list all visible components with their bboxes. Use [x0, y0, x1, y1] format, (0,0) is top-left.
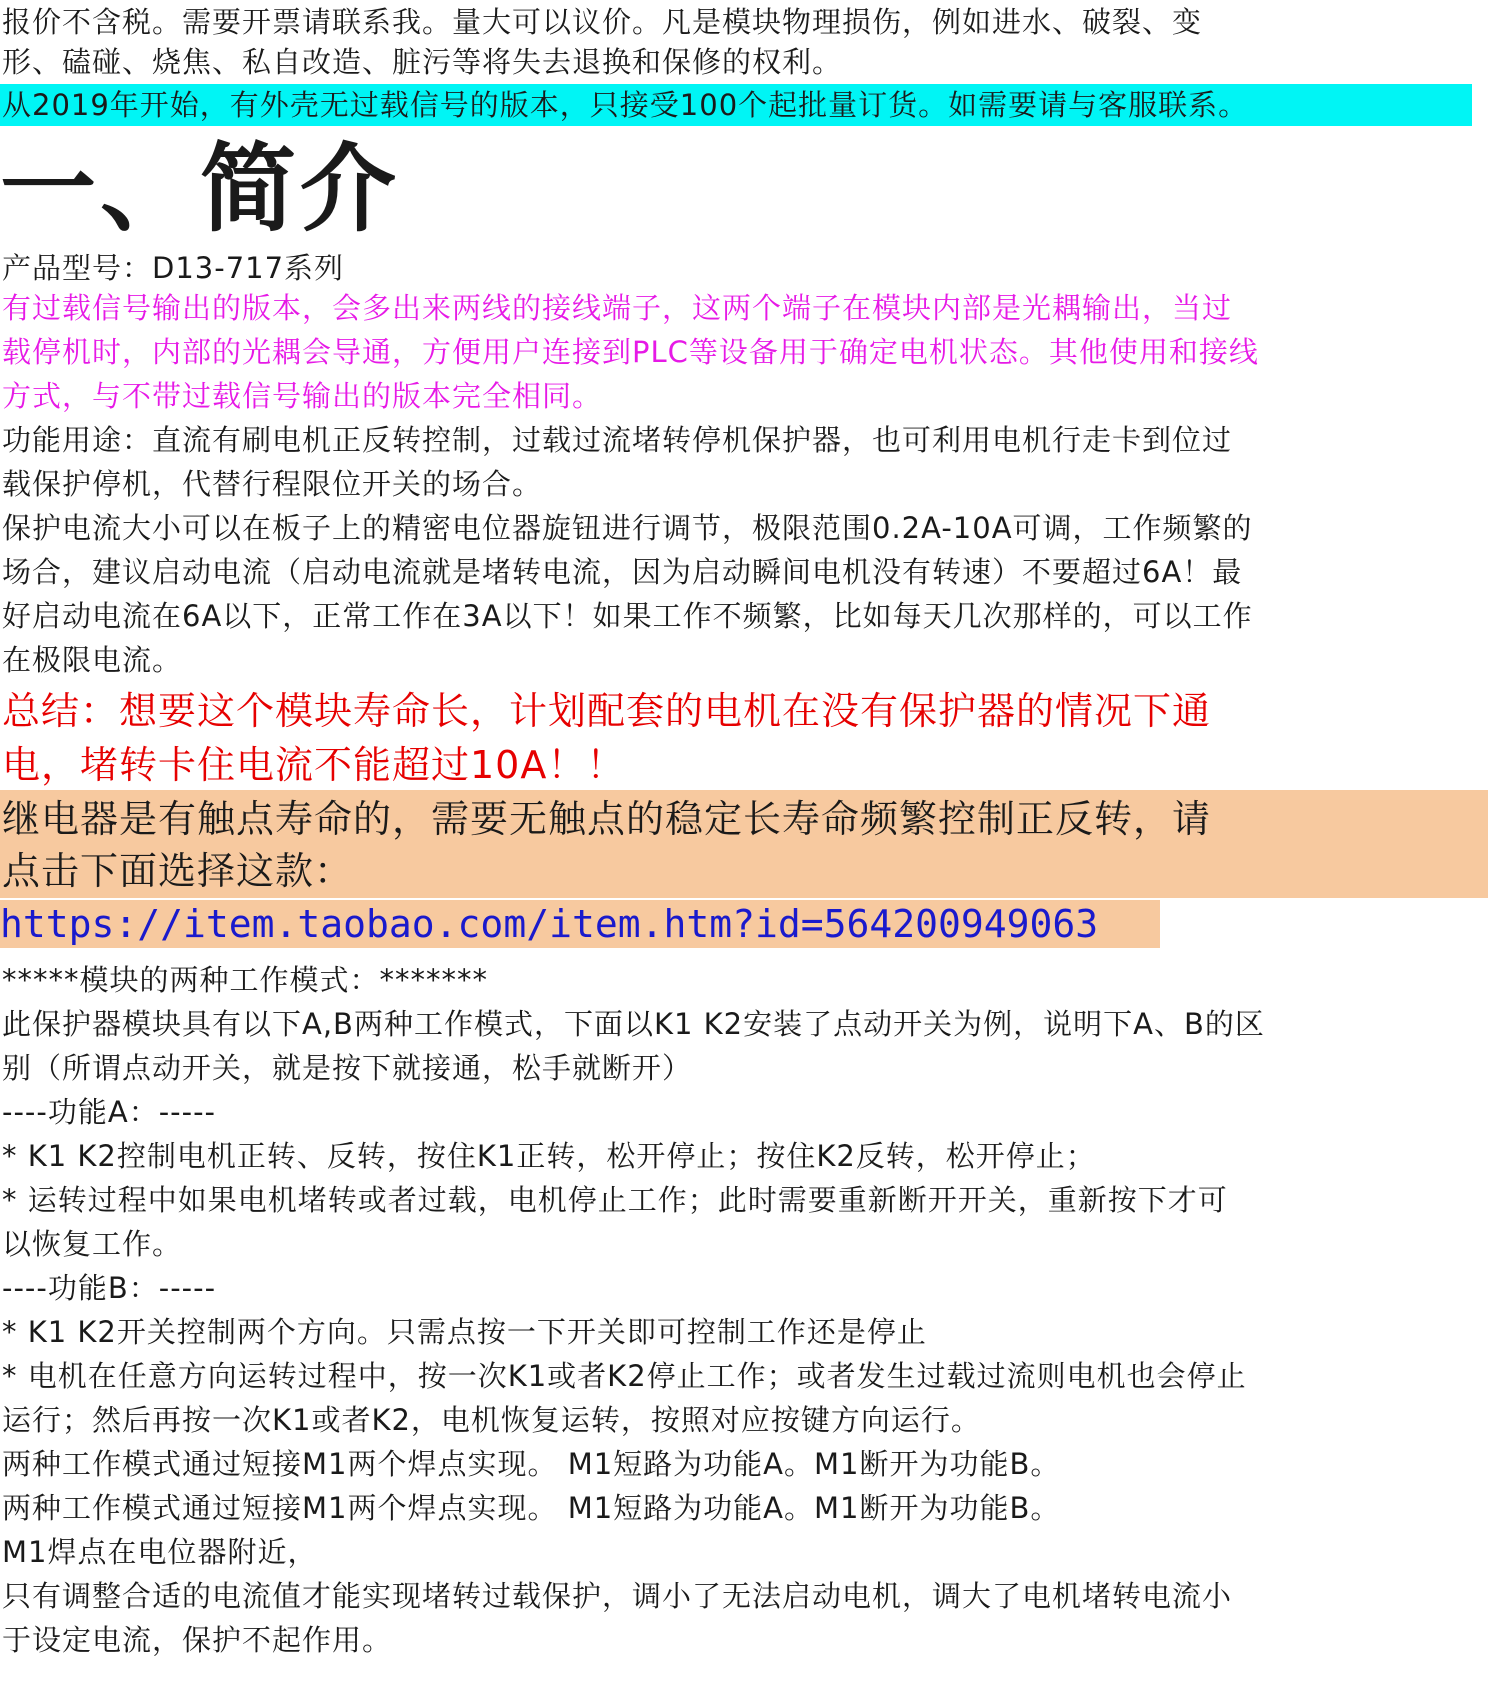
relay-note-line-1: 继电器是有触点寿命的，需要无触点的稳定长寿命频繁控制正反转，请 [2, 792, 1211, 846]
notice-line-1: 报价不含税。需要开票请联系我。量大可以议价。凡是模块物理损伤，例如进水、破裂、变 [2, 0, 1202, 44]
adjust-note-line-1: 只有调整合适的电流值才能实现堵转过载保护，调小了无法启动电机，调大了电机堵转电流… [2, 1574, 1232, 1618]
overload-signal-line-3: 方式，与不带过载信号输出的版本完全相同。 [2, 374, 602, 418]
relay-note-line-2: 点击下面选择这款： [2, 844, 353, 898]
modes-intro-line-2: 别（所谓点动开关，就是按下就接通，松手就断开） [2, 1046, 692, 1090]
mode-b-line-2: * 电机在任意方向运转过程中，按一次K1或者K2停止工作；或者发生过载过流则电机… [2, 1354, 1247, 1398]
protection-current-line-4: 在极限电流。 [2, 638, 182, 682]
relay-note-box: 继电器是有触点寿命的，需要无触点的稳定长寿命频繁控制正反转，请 点击下面选择这款… [0, 790, 1488, 898]
m1-location: M1焊点在电位器附近， [2, 1530, 317, 1574]
mode-switch-line-1: 两种工作模式通过短接M1两个焊点实现。 M1短路为功能A。M1断开为功能B。 [2, 1442, 1060, 1486]
function-use-line-1: 功能用途：直流有刷电机正反转控制，过载过流堵转停机保护器，也可利用电机行走卡到位… [2, 418, 1232, 462]
notice-line-2: 形、磕碰、烧焦、私自改造、脏污等将失去退换和保修的权利。 [2, 40, 842, 84]
link-highlight: https://item.taobao.com/item.htm?id=5642… [0, 900, 1160, 948]
protection-current-line-2: 场合，建议启动电流（启动电流就是堵转电流，因为启动瞬间电机没有转速）不要超过6A… [2, 550, 1242, 594]
function-use-line-2: 载保护停机，代替行程限位开关的场合。 [2, 462, 542, 506]
section-title: 一、简介 [0, 134, 400, 244]
mode-switch-line-2: 两种工作模式通过短接M1两个焊点实现。 M1短路为功能A。M1断开为功能B。 [2, 1486, 1060, 1530]
mode-a-line-3: 以恢复工作。 [2, 1222, 182, 1266]
protection-current-line-3: 好启动电流在6A以下，正常工作在3A以下！如果工作不频繁，比如每天几次那样的，可… [2, 594, 1253, 638]
summary-line-2: 电，堵转卡住电流不能超过10A！！ [2, 738, 625, 792]
protection-current-line-1: 保护电流大小可以在板子上的精密电位器旋钮进行调节，极限范围0.2A-10A可调，… [2, 506, 1253, 550]
adjust-note-line-2: 于设定电流，保护不起作用。 [2, 1618, 392, 1662]
mode-a-line-2: * 运转过程中如果电机堵转或者过载，电机停止工作；此时需要重新断开开关，重新按下… [2, 1178, 1228, 1222]
overload-signal-line-1: 有过载信号输出的版本，会多出来两线的接线端子，这两个端子在模块内部是光耦输出，当… [2, 286, 1232, 330]
mode-b-line-3: 运行；然后再按一次K1或者K2，电机恢复运转，按照对应按键方向运行。 [2, 1398, 981, 1442]
batch-order-notice: 从2019年开始，有外壳无过载信号的版本，只接受100个起批量订货。如需要请与客… [0, 84, 1472, 126]
overload-signal-line-2: 载停机时，内部的光耦会导通，方便用户连接到PLC等设备用于确定电机状态。其他使用… [2, 330, 1259, 374]
mode-a-line-1: * K1 K2控制电机正转、反转，按住K1正转，松开停止；按住K2反转，松开停止… [2, 1134, 1096, 1178]
mode-b-heading: ----功能B：----- [2, 1266, 216, 1310]
modes-heading: *****模块的两种工作模式：******* [2, 958, 488, 1002]
modes-intro-line-1: 此保护器模块具有以下A,B两种工作模式，下面以K1 K2安装了点动开关为例，说明… [2, 1002, 1265, 1046]
taobao-link[interactable]: https://item.taobao.com/item.htm?id=5642… [0, 900, 1098, 948]
product-model: 产品型号：D13-717系列 [2, 246, 344, 290]
mode-b-line-1: * K1 K2开关控制两个方向。只需点按一下开关即可控制工作还是停止 [2, 1310, 927, 1354]
mode-a-heading: ----功能A：----- [2, 1090, 216, 1134]
summary-line-1: 总结：想要这个模块寿命长，计划配套的电机在没有保护器的情况下通 [2, 684, 1211, 738]
